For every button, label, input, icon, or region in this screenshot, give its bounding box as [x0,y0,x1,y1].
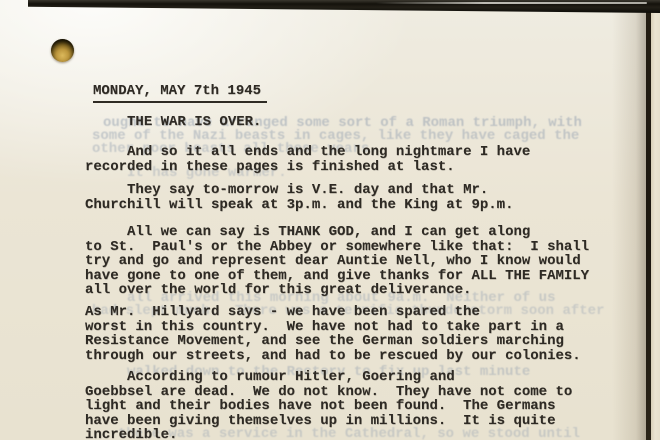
diary-photo: ought to have arranged some sort of a Ro… [0,0,660,440]
paragraph-thank-god: All we can say is THANK GOD, and I can g… [85,225,630,298]
paragraph-hitler-rumour: According to rumour Hitler, Goering and … [85,370,630,440]
date-heading: MONDAY, MAY 7th 1945 [93,84,267,103]
paragraph-so-it-ends: And so it all ends and the long nightmar… [85,145,630,174]
paragraph-ve-day: They say to-morrow is V.E. day and that … [85,183,630,212]
adjacent-page-edge [651,0,660,440]
paragraph-war-is-over: THE WAR IS OVER. [85,115,630,130]
page-edge-shadow [612,0,646,440]
brass-fastener [51,39,74,62]
paragraph-hillyard: As Mr. Hillyard says - we have been spar… [85,305,630,363]
binding-strip-highlight [376,2,648,4]
